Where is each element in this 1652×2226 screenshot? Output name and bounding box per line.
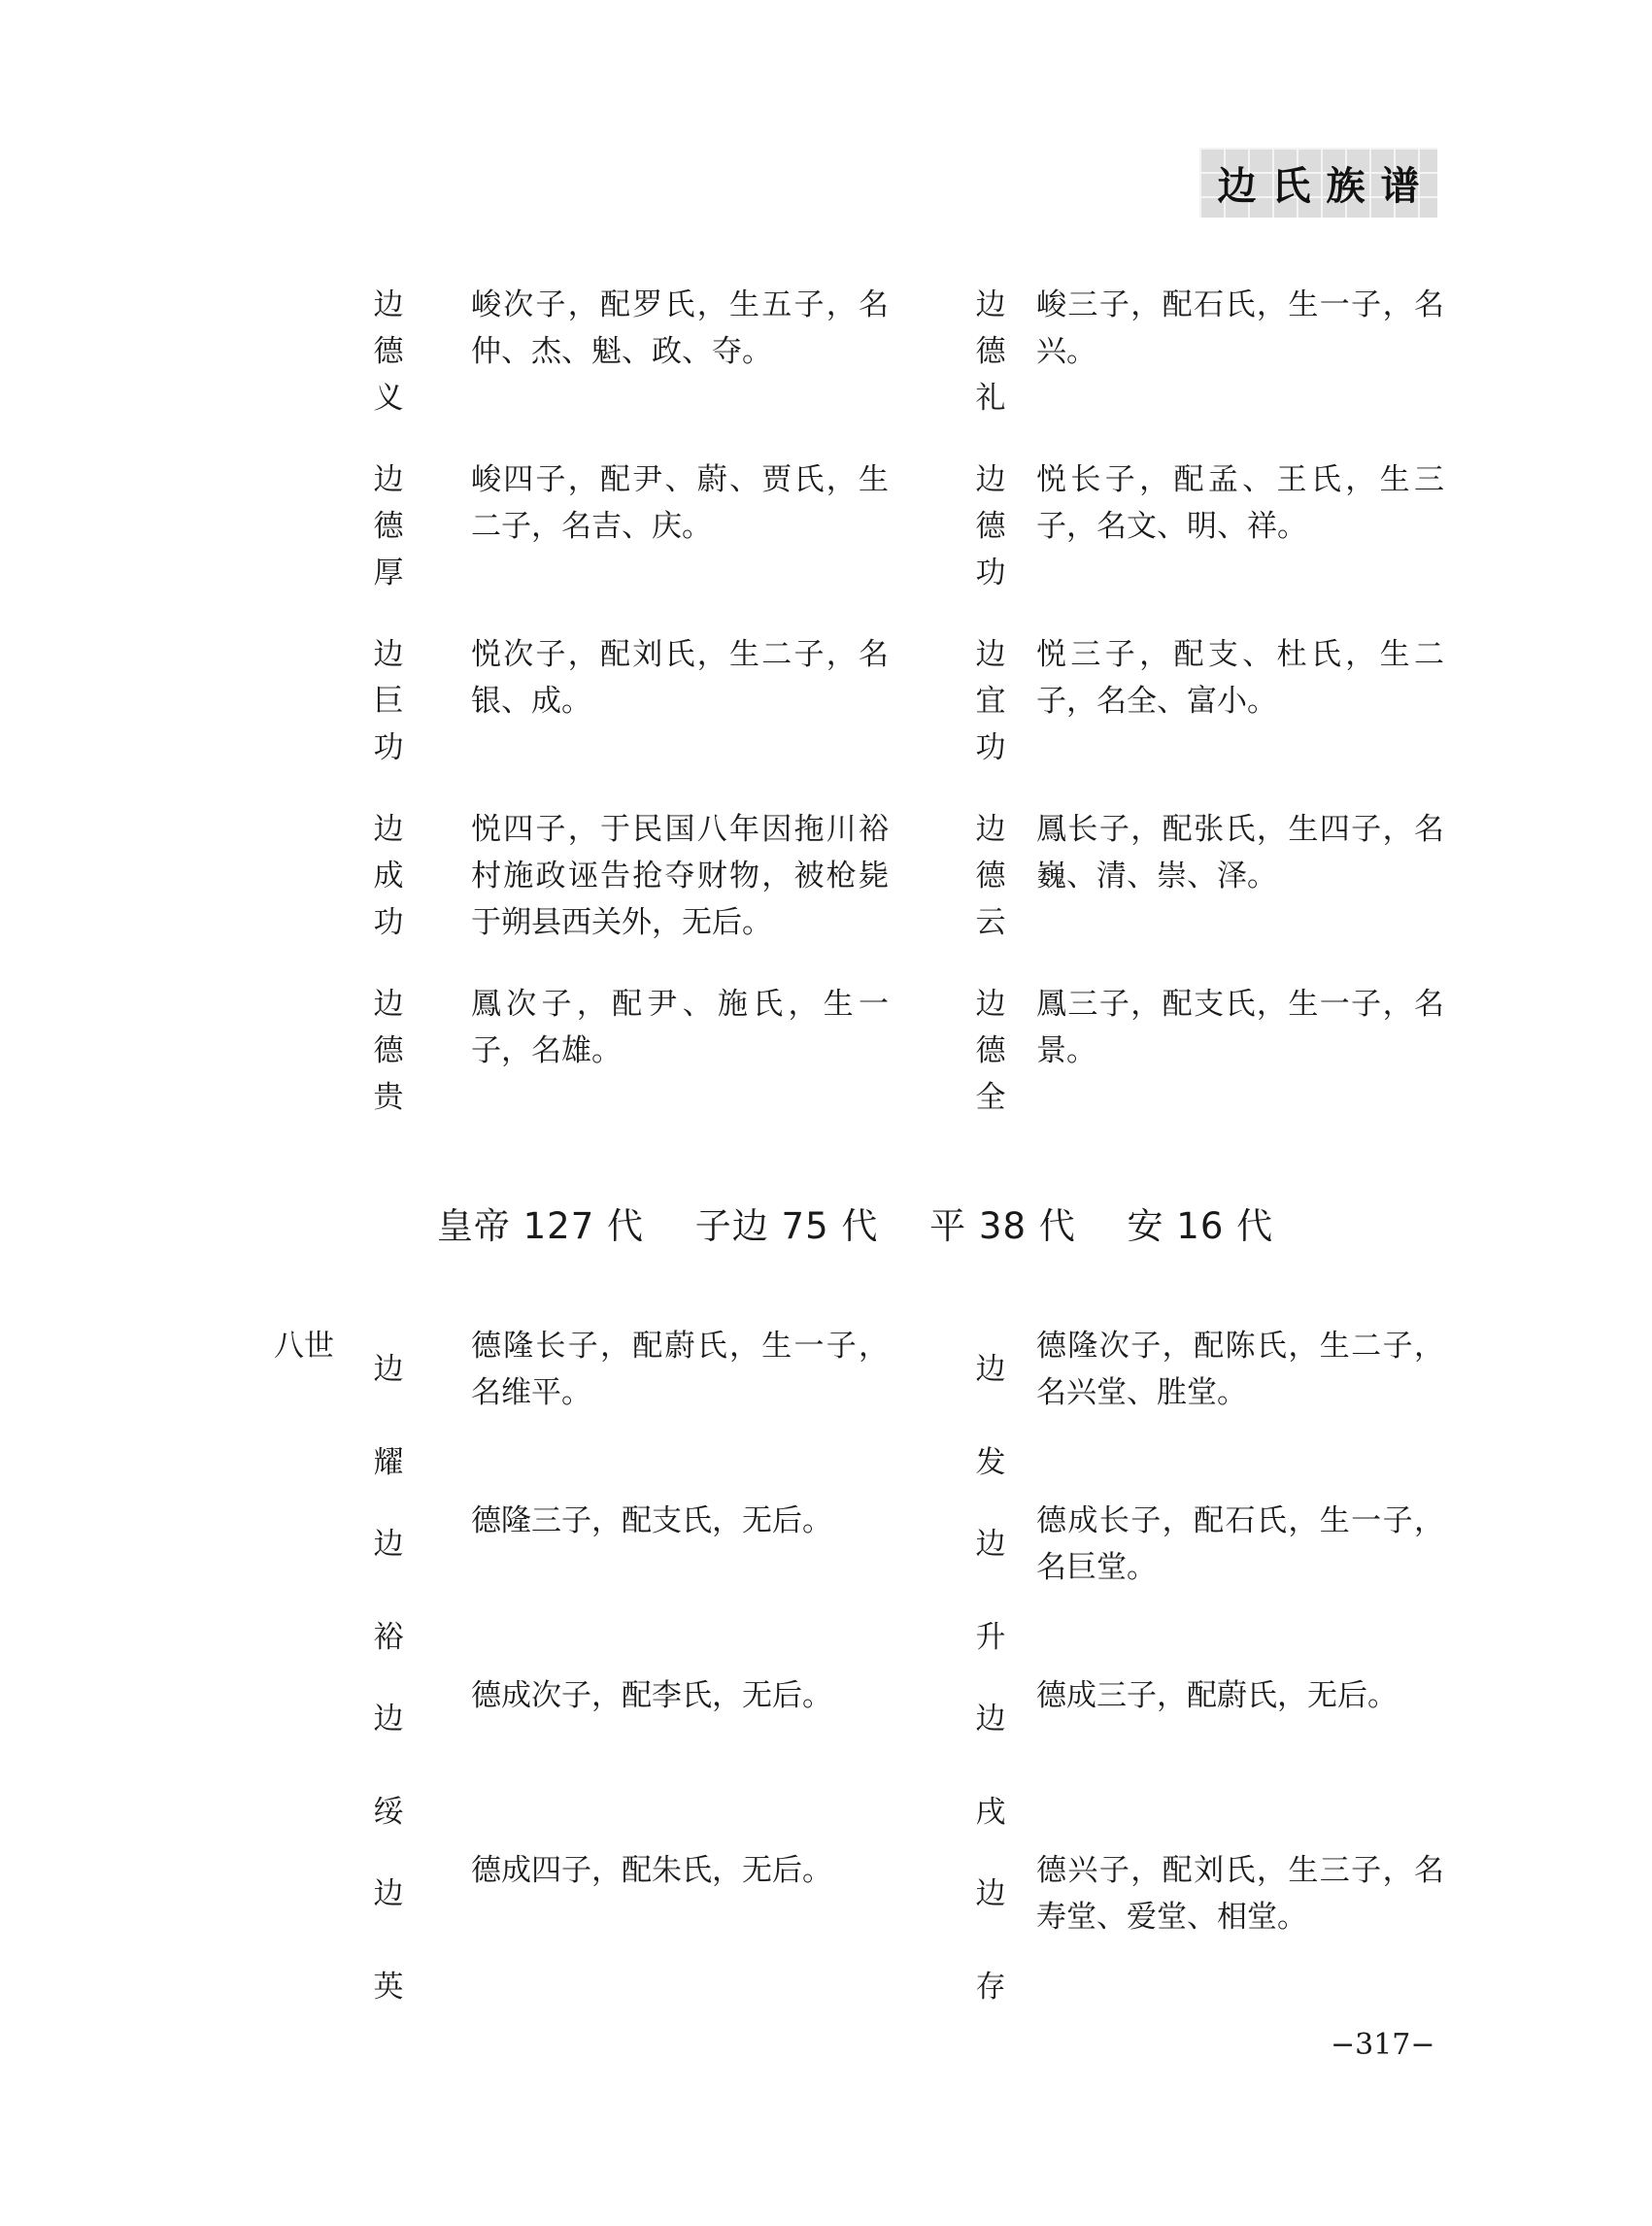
generation-heading: 皇帝 127 代 子边 75 代 平 38 代 安 16 代 bbox=[0, 1197, 1652, 1249]
person-description: 德兴子，配刘氏，生三子，名寿堂、爱堂、相堂。 bbox=[1036, 1847, 1444, 1940]
person-description: 峻四子，配尹、蔚、贾氏，生二子，名吉、庆。 bbox=[471, 456, 889, 550]
person-name: 边 德 云 bbox=[971, 806, 1010, 946]
person-name: 边 发 bbox=[971, 1323, 1010, 1509]
person-name: 边 英 bbox=[369, 1847, 408, 2034]
person-name: 边 戌 bbox=[971, 1672, 1010, 1859]
person-name: 边 德 全 bbox=[971, 981, 1010, 1121]
person-name: 边 成 功 bbox=[369, 806, 408, 946]
person-name: 边 德 功 bbox=[971, 456, 1010, 596]
generation-count: 子边 75 代 bbox=[695, 1205, 879, 1247]
person-name: 边 德 厚 bbox=[369, 456, 408, 596]
person-description: 峻三子，配石氏，生一子，名兴。 bbox=[1036, 282, 1444, 375]
person-name: 边 存 bbox=[971, 1847, 1010, 2034]
person-description: 悦四子，于民国八年因拖川裕村施政诬告抢夺财物，被枪毙于朔县西关外，无后。 bbox=[471, 806, 889, 946]
person-name: 边 升 bbox=[971, 1498, 1010, 1684]
person-name: 边 德 贵 bbox=[369, 981, 408, 1121]
person-description: 德隆长子，配蔚氏，生一子，名维平。 bbox=[471, 1323, 889, 1416]
person-description: 悦长子，配孟、王氏，生三子，名文、明、祥。 bbox=[1036, 456, 1444, 550]
page-number: −317− bbox=[1331, 2028, 1435, 2062]
generation-count: 平 38 代 bbox=[929, 1205, 1076, 1247]
generation-count: 安 16 代 bbox=[1128, 1205, 1274, 1247]
person-description: 德成长子，配石氏，生一子，名巨堂。 bbox=[1036, 1498, 1444, 1591]
person-name: 边 耀 bbox=[369, 1323, 408, 1509]
person-description: 德成四子，配朱氏，无后。 bbox=[471, 1847, 889, 1894]
person-description: 德成次子，配李氏，无后。 bbox=[471, 1672, 889, 1719]
person-description: 鳳长子，配张氏，生四子，名巍、清、崇、泽。 bbox=[1036, 806, 1444, 899]
person-name: 边 宜 功 bbox=[971, 631, 1010, 771]
person-description: 鳳次子，配尹、施氏，生一子，名雄。 bbox=[471, 981, 889, 1074]
person-name: 边 德 义 bbox=[369, 282, 408, 422]
book-title-banner: 边氏族谱 bbox=[1199, 148, 1437, 218]
person-name: 边 裕 bbox=[369, 1498, 408, 1684]
person-name: 边 德 礼 bbox=[971, 282, 1010, 422]
generation-count: 皇帝 127 代 bbox=[437, 1205, 644, 1247]
person-description: 德隆三子，配支氏，无后。 bbox=[471, 1498, 889, 1544]
person-description: 德隆次子，配陈氏，生二子，名兴堂、胜堂。 bbox=[1036, 1323, 1444, 1416]
person-description: 峻次子，配罗氏，生五子，名仲、杰、魁、政、夺。 bbox=[471, 282, 889, 375]
generation-label: 八世 bbox=[274, 1323, 334, 1369]
person-description: 鳳三子，配支氏，生一子，名景。 bbox=[1036, 981, 1444, 1074]
person-description: 德成三子，配蔚氏，无后。 bbox=[1036, 1672, 1444, 1719]
person-description: 悦三子，配支、杜氏，生二子，名全、富小。 bbox=[1036, 631, 1444, 725]
book-title: 边氏族谱 bbox=[1202, 155, 1435, 211]
person-description: 悦次子，配刘氏，生二子，名银、成。 bbox=[471, 631, 889, 725]
person-name: 边 巨 功 bbox=[369, 631, 408, 771]
person-name: 边 绥 bbox=[369, 1672, 408, 1859]
